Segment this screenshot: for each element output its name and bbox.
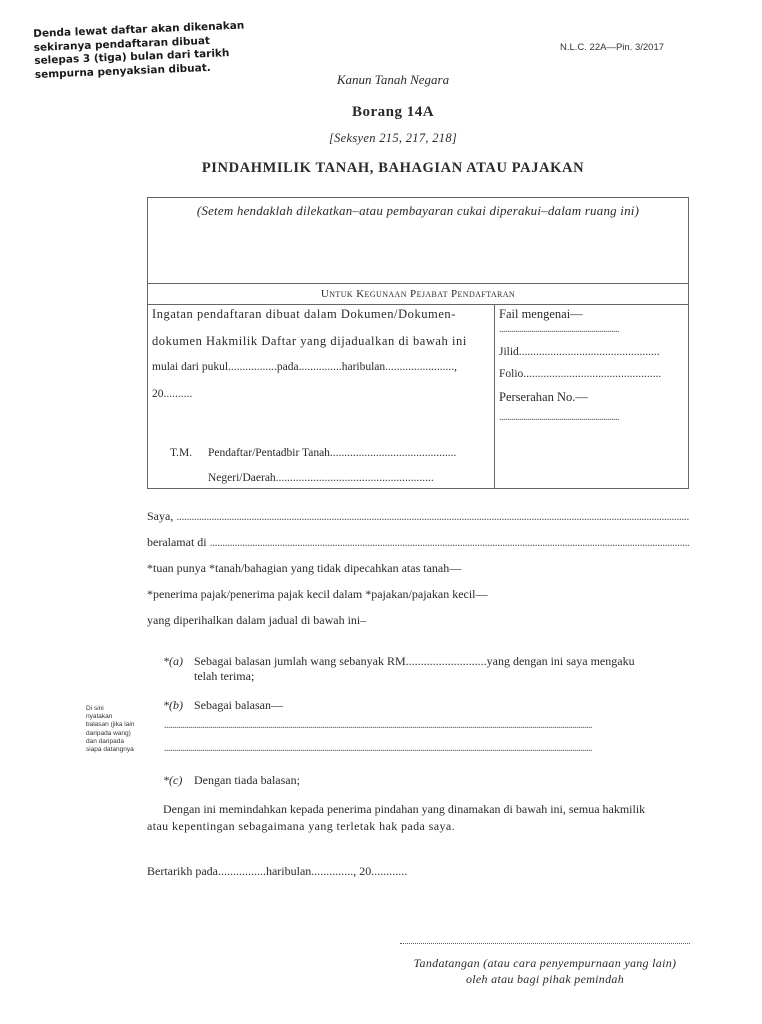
registry-box: (Setem hendaklah dilekatkan–atau pembaya… [147,197,689,489]
memorial-line-1: Ingatan pendaftaran dibuat dalam Dokumen… [152,307,456,322]
option-c-marker[interactable]: *(c) [163,773,182,788]
file-field[interactable]: ........................................… [499,324,619,335]
margin-note-line: dan daripada [86,738,166,746]
saya-label: Saya, [147,509,173,523]
margin-note-line: nyatakan [86,713,166,721]
schedule-line: yang diperihalkan dalam jadual di bawah … [147,613,366,628]
tm-label: T.M. [170,447,192,459]
presentation-number-field[interactable]: ........................................… [499,412,619,423]
name-dots: ........................................… [176,509,689,523]
act-name: Kanun Tanah Negara [0,72,762,88]
form-code: N.L.C. 22A—Pin. 3/2017 [560,42,664,53]
option-b-detail-field-1[interactable]: ........................................… [164,720,689,731]
margin-note-line: daripada wang) [86,730,166,738]
folio-field[interactable]: Folio...................................… [499,368,661,380]
file-cell: Fail mengenai— .........................… [495,304,688,488]
stamp-note: (Setem hendaklah dilekatkan–atau pembaya… [197,203,639,218]
sections-reference: [Seksyen 215, 217, 218] [0,131,762,146]
option-b-marker[interactable]: *(b) [163,698,183,713]
margin-note-line: balasan (jika lain [86,721,166,729]
transfer-line-2: atau kepentingan sebagaimana yang terlet… [147,819,455,834]
margin-note-line: Di sini [86,705,166,713]
option-a-marker[interactable]: *(a) [163,654,183,669]
memorial-time-date-field[interactable]: mulai dari pukul.................pada...… [152,361,457,373]
signature-caption-line-1: Tandatangan (atau cara penyempurnaan yan… [395,955,695,971]
option-c-text: Dengan tiada balasan; [194,773,300,788]
file-label: Fail mengenai— [499,307,583,322]
signature-caption-line-2: oleh atau bagi pihak pemindah [395,971,695,987]
memorial-cell: Ingatan pendaftaran dibuat dalam Dokumen… [148,304,495,488]
margin-note: Di sini nyatakan balasan (jika lain dari… [86,705,166,754]
owner-line: *tuan punya *tanah/bahagian yang tidak d… [147,561,461,576]
page-title: PINDAHMILIK TANAH, BAHAGIAN ATAU PAJAKAN [0,160,762,177]
state-district-field[interactable]: Negeri/Daerah...........................… [208,472,434,484]
transferor-address-field[interactable]: beralamat di ...........................… [147,535,689,550]
lessee-line: *penerima pajak/penerima pajak kecil dal… [147,587,488,602]
option-a-text-2: telah terima; [194,669,254,684]
registrar-field[interactable]: Pendaftar/Pentadbir Tanah...............… [208,447,456,459]
presentation-label: Perserahan No.— [499,390,588,405]
stamp-area[interactable]: (Setem hendaklah dilekatkan–atau pembaya… [148,198,688,284]
transferor-name-field[interactable]: Saya, ..................................… [147,509,689,524]
option-a-amount-field[interactable]: Sebagai balasan jumlah wang sebanyak RM.… [194,654,635,669]
margin-note-line: siapa datangnya [86,746,166,754]
dated-field[interactable]: Bertarikh pada................haribulan.… [147,864,407,879]
memorial-year-field[interactable]: 20.......... [152,388,192,400]
jilid-field[interactable]: Jilid...................................… [499,346,660,358]
transfer-line-1: Dengan ini memindahkan kepada penerima p… [163,802,645,817]
memorial-line-2: dokumen Hakmilik Daftar yang dijadualkan… [152,334,467,349]
option-b-detail-field-2[interactable]: ........................................… [164,743,689,754]
form-number: Borang 14A [0,104,762,121]
signature-line[interactable] [400,943,690,944]
option-b-text: Sebagai balasan— [194,698,283,713]
office-use-heading: Untuk Kegunaan Pejabat Pendaftaran [148,284,688,305]
address-dots: ........................................… [210,535,689,549]
signature-caption: Tandatangan (atau cara penyempurnaan yan… [395,955,695,987]
address-label: beralamat di [147,535,207,549]
